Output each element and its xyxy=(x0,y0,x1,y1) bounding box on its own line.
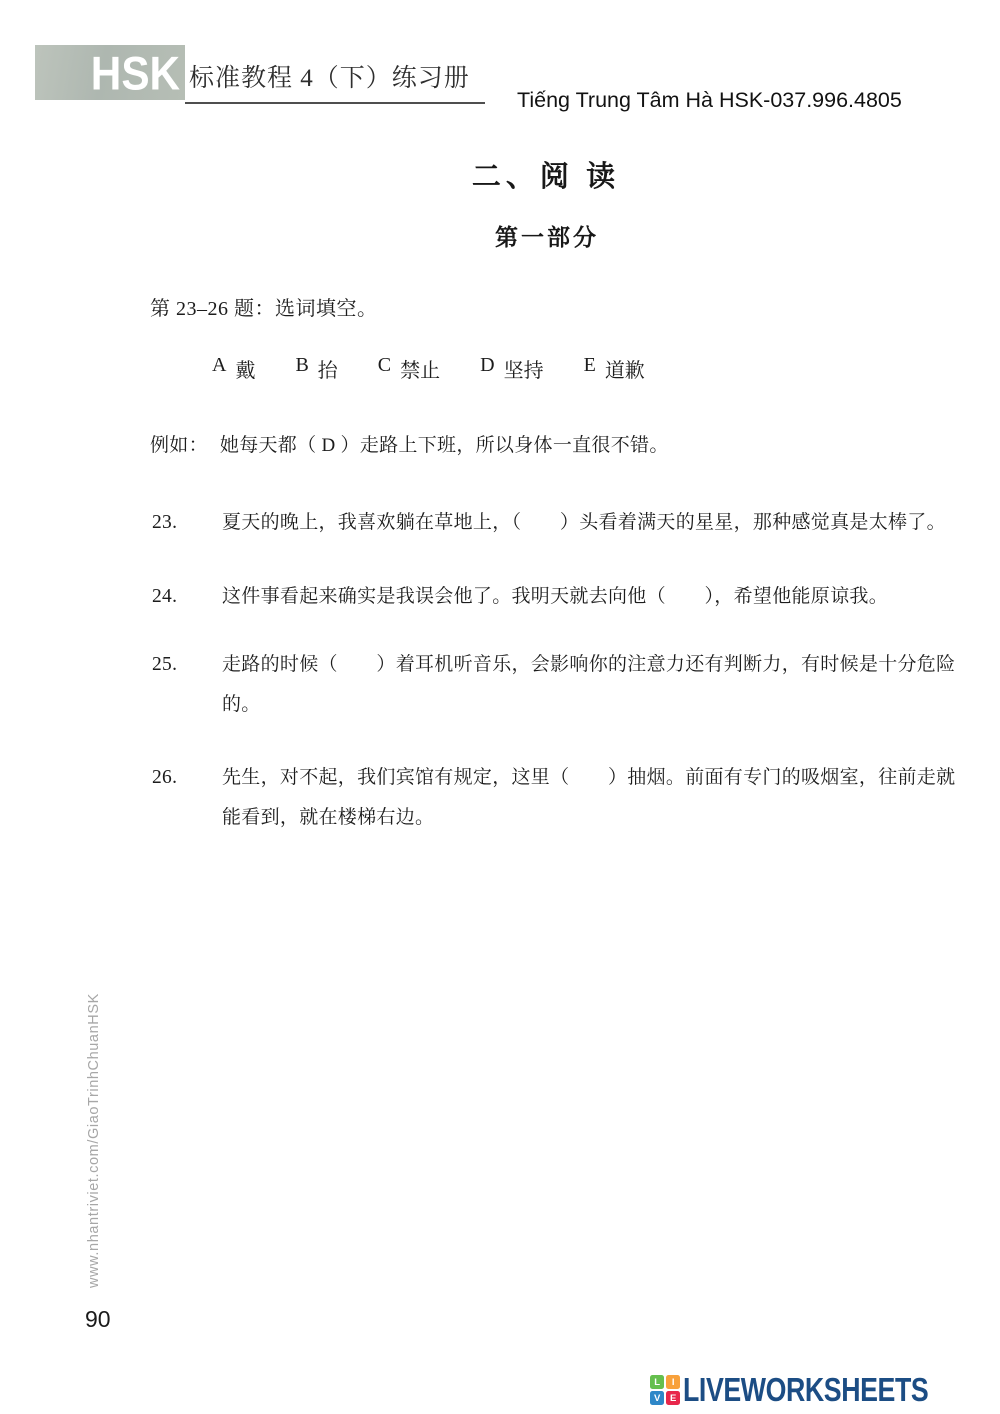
option-letter: C xyxy=(378,354,391,383)
word-option-a: A 戴 xyxy=(212,354,255,383)
word-option-b: B 抬 xyxy=(295,354,337,383)
section-title: 二、阅 读 xyxy=(96,154,996,195)
question-text: 走路的时候（ ）着耳机听音乐，会影响你的注意力还有判断力，有时候是十分危险的。 xyxy=(222,645,957,725)
icon-tile-e: E xyxy=(666,1391,680,1405)
center-watermark: Tiếng Trung Tâm Hà HSK-037.996.4805 xyxy=(517,88,937,113)
option-letter: D xyxy=(480,354,494,383)
option-word: 禁止 xyxy=(400,354,440,383)
example-label: 例如： xyxy=(150,435,208,456)
series-title-underline: 标准教程 4（下）练习册 xyxy=(185,56,485,104)
part-title: 第一部分 xyxy=(97,219,997,252)
option-word: 坚持 xyxy=(504,354,544,383)
exercise-instruction: 第 23–26 题：选词填空。 xyxy=(150,292,378,321)
option-letter: E xyxy=(584,354,596,383)
question-row-26: 26.先生，对不起，我们宾馆有规定，这里（ ）抽烟。前面有专门的吸烟室，往前走就… xyxy=(152,758,962,838)
question-row-25: 25.走路的时候（ ）着耳机听音乐，会影响你的注意力还有判断力，有时候是十分危险… xyxy=(152,645,962,725)
word-option-e: E 道歉 xyxy=(584,354,645,383)
option-word: 戴 xyxy=(235,354,255,383)
liveworksheets-logo[interactable]: L I V E LIVEWORKSHEETS xyxy=(650,1371,986,1409)
icon-tile-v: V xyxy=(650,1391,664,1405)
liveworksheets-wordmark: LIVEWORKSHEETS xyxy=(683,1371,928,1409)
question-row-23: 23.夏天的晚上，我喜欢躺在草地上，（ ）头看着满天的星星，那种感觉真是太棒了。 xyxy=(152,503,962,543)
question-text: 夏天的晚上，我喜欢躺在草地上，（ ）头看着满天的星星，那种感觉真是太棒了。 xyxy=(222,503,957,543)
question-text: 这件事看起来确实是我误会他了。我明天就去向他（ ），希望他能原谅我。 xyxy=(222,577,957,617)
word-bank: A 戴 B 抬 C 禁止 D 坚持 E 道歉 xyxy=(212,354,645,383)
question-number: 23. xyxy=(152,503,222,543)
question-number: 26. xyxy=(152,758,222,798)
example-text: 她每天都（ D ）走路上下班，所以身体一直很不错。 xyxy=(220,435,669,456)
option-word: 道歉 xyxy=(605,354,645,383)
word-option-c: C 禁止 xyxy=(378,354,440,383)
question-number: 24. xyxy=(152,577,222,617)
question-text: 先生，对不起，我们宾馆有规定，这里（ ）抽烟。前面有专门的吸烟室，往前走就能看到… xyxy=(222,758,957,838)
liveworksheets-grid-icon: L I V E xyxy=(650,1375,680,1405)
question-row-24: 24.这件事看起来确实是我误会他了。我明天就去向他（ ），希望他能原谅我。 xyxy=(152,577,962,617)
icon-tile-l: L xyxy=(650,1375,664,1389)
hsk-logo: HSK xyxy=(35,45,185,100)
series-title: 标准教程 4（下）练习册 xyxy=(189,65,470,92)
option-letter: B xyxy=(295,354,308,383)
page-number: 90 xyxy=(85,1306,111,1333)
question-number: 25. xyxy=(152,645,222,685)
sidebar-url: www.nhantriviet.com/GiaoTrinhChuanHSK xyxy=(86,988,102,1288)
hsk-logo-text: HSK xyxy=(91,45,180,100)
icon-tile-i: I xyxy=(666,1375,680,1389)
word-option-d: D 坚持 xyxy=(480,354,543,383)
option-letter: A xyxy=(212,354,226,383)
example-row: 例如：她每天都（ D ）走路上下班，所以身体一直很不错。 xyxy=(150,431,950,461)
option-word: 抬 xyxy=(318,354,338,383)
